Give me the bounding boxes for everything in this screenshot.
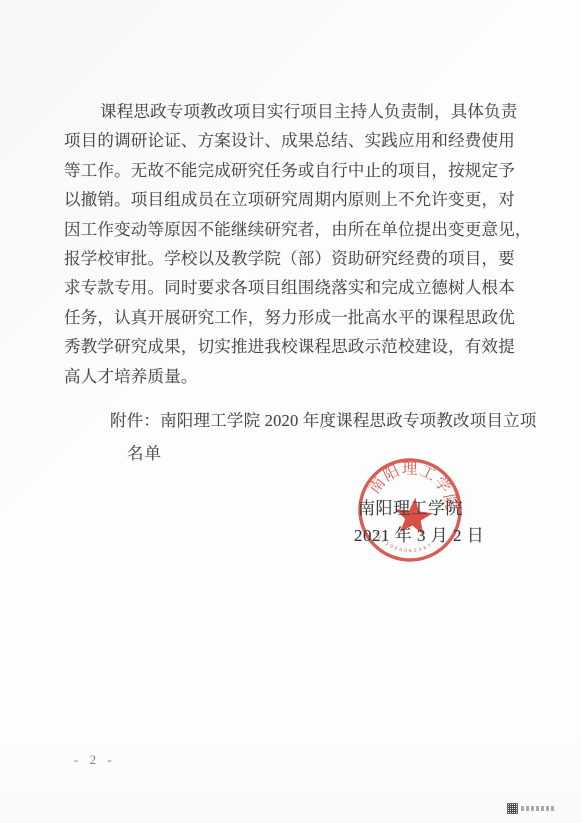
paragraph-line: 等工作。无故不能完成研究任务或自行中止的项目，按规定予 [64, 156, 509, 185]
paragraph-line: 以撤销。项目组成员在立项研究周期内原则上不允许变更，对 [64, 185, 509, 214]
paragraph-line: 项目的调研论证、方案设计、成果总结、实践应用和经费使用 [64, 126, 509, 155]
signature-organization: 南阳理工学院 [358, 494, 463, 519]
attachment-line-1: 附件：南阳理工学院 2020 年度课程思政专项教改项目立项 [110, 404, 550, 437]
paragraph-line: 高人才培养质量。 [64, 362, 509, 391]
body-paragraph: 课程思政专项教改项目实行项目主持人负责制，具体负责 项目的调研论证、方案设计、成… [64, 97, 509, 391]
paragraph-line: 任务，认真开展研究工作，努力形成一批高水平的课程思政优 [64, 303, 509, 332]
scanned-document-page: { "document": { "paragraph_lines": [ "课程… [0, 0, 581, 823]
paragraph-line: 求专款专用。同时要求各项目组围绕落实和完成立德树人根本 [64, 273, 509, 302]
qr-code-icon [507, 803, 518, 814]
attachment-line-2: 名单 [127, 437, 550, 470]
paragraph-line: 秀教学研究成果，切实推进我校课程思政示范校建设，有效提 [64, 332, 509, 361]
signature-date: 2021 年 3 月 2 日 [354, 521, 484, 546]
paragraph-line: 因工作变动等原因不能继续研究者，由所在单位提出变更意见， [64, 215, 509, 244]
attachment-note: 附件：南阳理工学院 2020 年度课程思政专项教改项目立项 名单 [110, 404, 550, 470]
paragraph-line: 课程思政专项教改项目实行项目主持人负责制，具体负责 [64, 97, 509, 126]
watermark-caption [521, 806, 554, 811]
paragraph-line: 报学校审批。学校以及教学院（部）资助研究经费的项目，要 [64, 244, 509, 273]
page-number: - 2 - [74, 752, 116, 768]
